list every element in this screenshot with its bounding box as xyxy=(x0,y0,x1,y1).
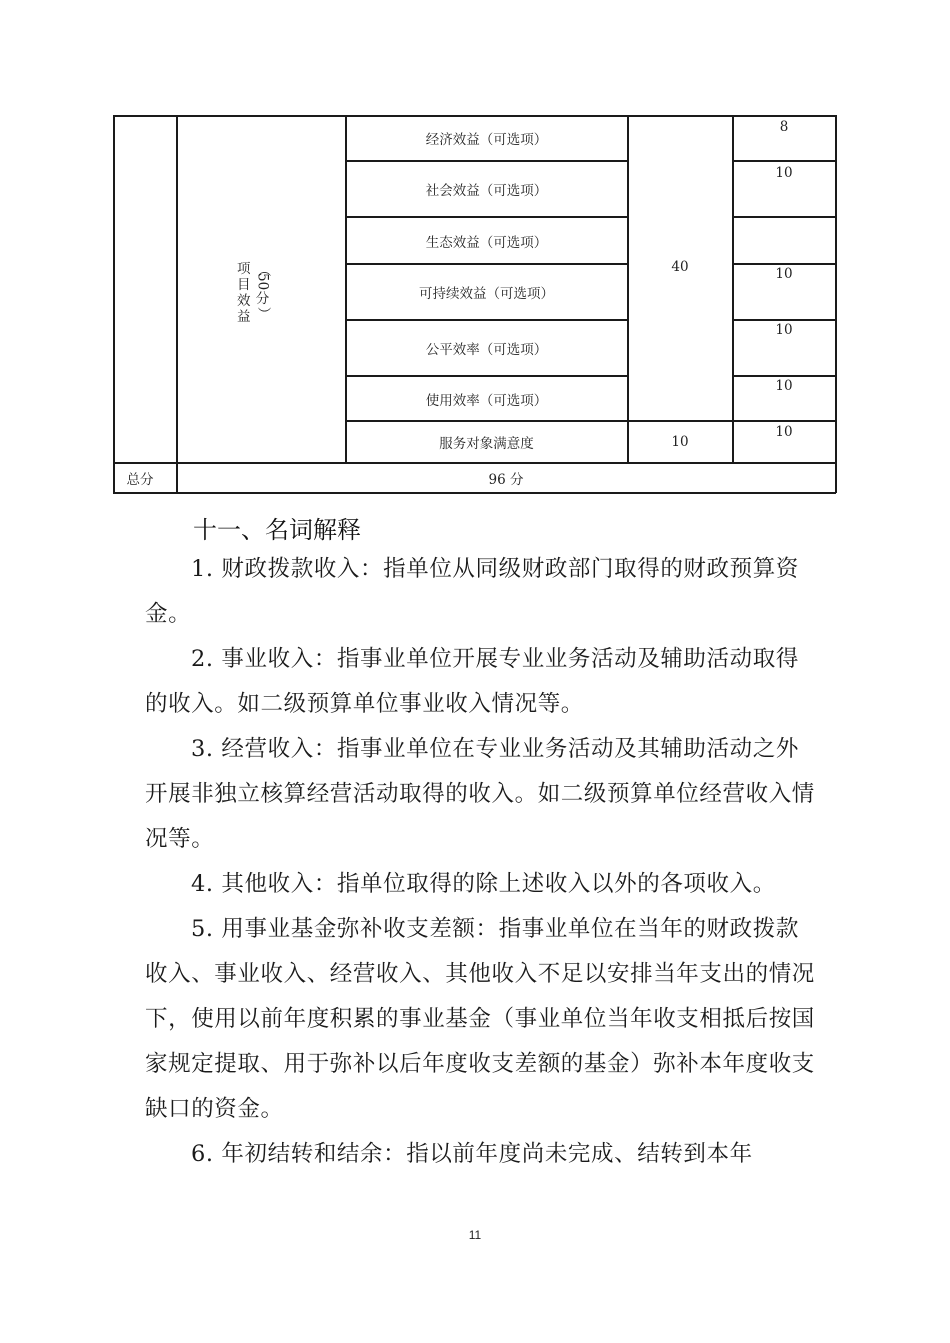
definition-paragraph: 2. 事业收入：指事业单位开展专业业务活动及辅助活动取得的收入。如二级预算单位事… xyxy=(145,637,815,727)
table-col-divider xyxy=(627,115,629,463)
table-border-right xyxy=(835,115,837,493)
table-row-divider xyxy=(732,263,836,265)
indicator-cell: 公平效率（可选项） xyxy=(346,321,627,375)
weight-cell: 40 xyxy=(628,255,732,279)
total-label: 总分 xyxy=(114,464,166,492)
category-label: 项 目 效 益 （ 50 分 ） xyxy=(237,261,271,325)
table-row-divider xyxy=(732,319,836,321)
indicator-cell: 社会效益（可选项） xyxy=(346,162,627,216)
definition-paragraph: 6. 年初结转和结余：指以前年度尚未完成、结转到本年 xyxy=(145,1132,815,1177)
definitions-body: 1. 财政拨款收入：指单位从同级财政部门取得的财政预算资金。 2. 事业收入：指… xyxy=(145,547,815,1177)
table-row-divider xyxy=(732,160,836,162)
section-heading: 十一、名词解释 xyxy=(193,510,361,545)
table-border-bottom xyxy=(113,492,836,494)
definition-paragraph: 4. 其他收入：指单位取得的除上述收入以外的各项收入。 xyxy=(145,862,815,907)
definition-paragraph: 1. 财政拨款收入：指单位从同级财政部门取得的财政预算资金。 xyxy=(145,547,815,637)
table-row-divider xyxy=(732,375,836,377)
score-cell: 10 xyxy=(733,322,835,338)
indicator-cell: 可持续效益（可选项） xyxy=(346,265,627,319)
score-cell: 10 xyxy=(733,165,835,181)
score-cell: 10 xyxy=(733,378,835,394)
category-points: （ 50 分 ） xyxy=(255,261,271,325)
category-name: 项 目 效 益 xyxy=(237,261,251,325)
indicator-cell: 使用效率（可选项） xyxy=(346,377,627,420)
definition-paragraph: 5. 用事业基金弥补收支差额：指事业单位在当年的财政拨款收入、事业收入、经营收入… xyxy=(145,907,815,1132)
indicator-cell: 经济效益（可选项） xyxy=(346,116,627,160)
score-cell: 10 xyxy=(733,424,835,440)
table-col-divider xyxy=(176,115,178,493)
total-value: 96 分 xyxy=(177,464,835,492)
score-cell: 8 xyxy=(733,119,835,135)
indicator-cell: 生态效益（可选项） xyxy=(346,218,627,263)
table-border-left xyxy=(113,115,115,493)
score-cell: 10 xyxy=(733,266,835,282)
indicator-cell: 服务对象满意度 xyxy=(346,422,627,462)
definition-paragraph: 3. 经营收入：指事业单位在专业业务活动及其辅助活动之外开展非独立核算经营活动取… xyxy=(145,727,815,862)
page-number: 11 xyxy=(0,1228,950,1242)
weight-cell: 10 xyxy=(628,422,732,462)
performance-score-table: 项 目 效 益 （ 50 分 ） 经济效益（可选项） 社会效益（可选项） 生态效… xyxy=(113,115,836,493)
table-row-divider xyxy=(732,216,836,218)
